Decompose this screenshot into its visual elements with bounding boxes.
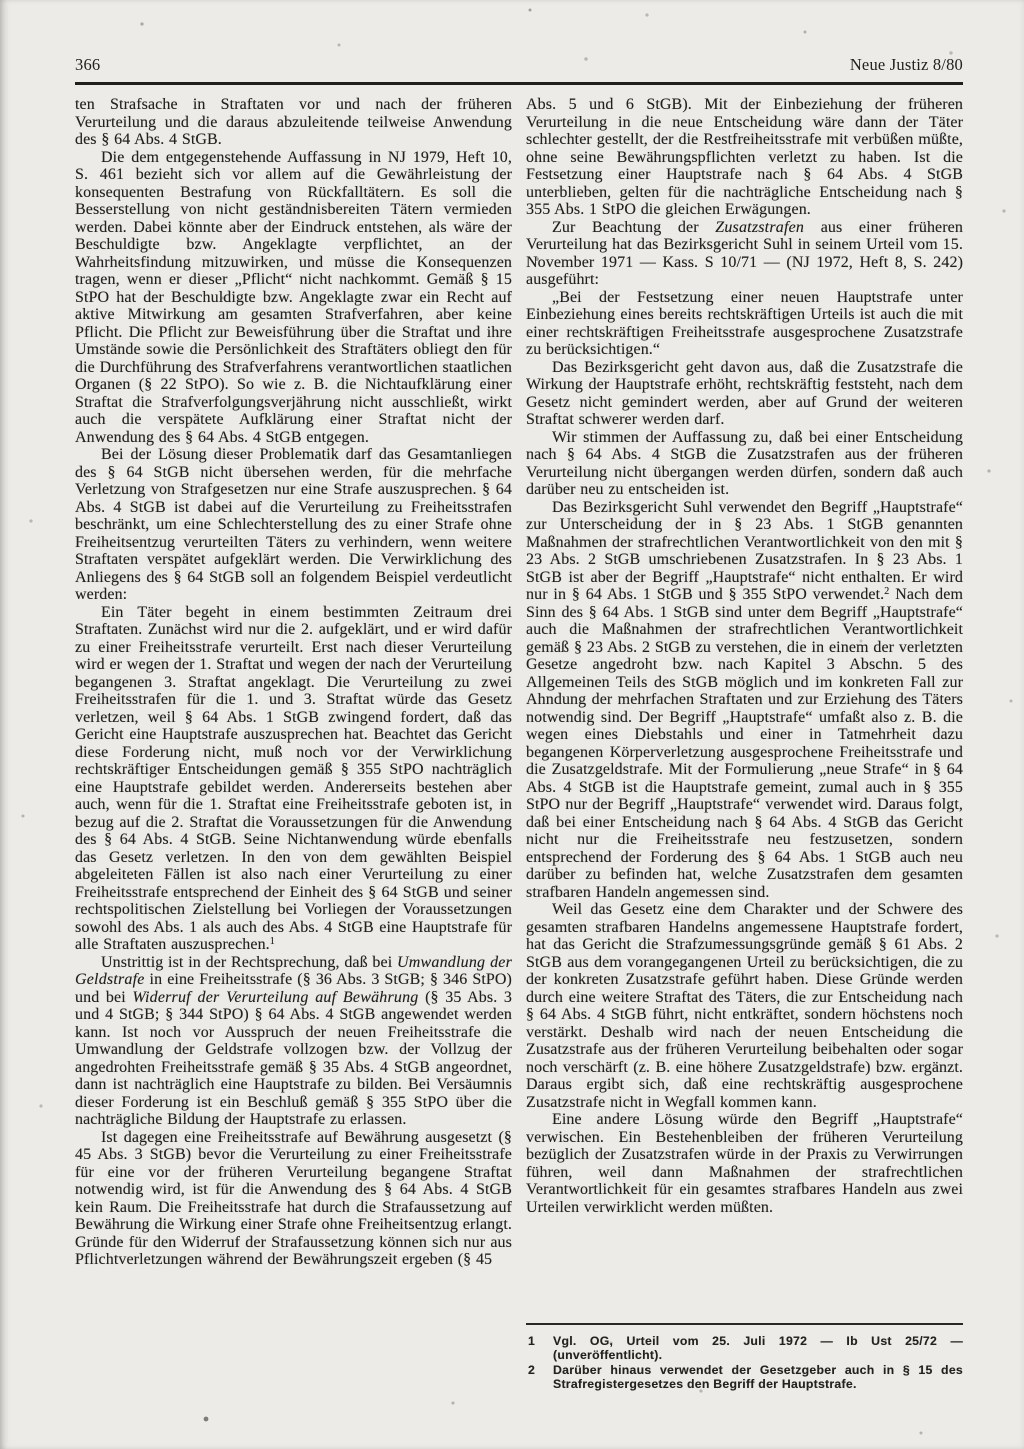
paragraph: „Bei der Festsetzung einer neuen Hauptst… — [526, 289, 963, 359]
footnote-text: Darüber hinaus verwendet der Gesetzgeber… — [553, 1363, 963, 1392]
paragraph: Die dem entgegenstehende Auffassung in N… — [75, 149, 512, 447]
text-run: Weil das Gesetz eine dem Charakter und d… — [526, 901, 963, 1111]
page-content: 366 Neue Justiz 8/80 ten Strafsache in S… — [75, 0, 963, 1392]
journal-page: 366 Neue Justiz 8/80 ten Strafsache in S… — [0, 0, 1024, 1449]
scan-speckles — [0, 0, 2, 2]
paragraph: Das Bezirksgericht geht davon aus, daß d… — [526, 359, 963, 429]
text-run: Nach dem Sinn des § 64 Abs. 1 StGB sind … — [526, 586, 963, 901]
text-run: (§ 35 Abs. 3 und 4 StGB; § 344 StPO) § 6… — [75, 989, 512, 1129]
page-number: 366 — [75, 55, 100, 75]
paragraph: Das Bezirksgericht Suhl verwendet den Be… — [526, 499, 963, 902]
text-run: „Bei der Festsetzung einer neuen Hauptst… — [526, 289, 963, 359]
italic-text-run: Widerruf der Verurteilung auf Bewährung — [132, 989, 418, 1006]
text-run: ten Strafsache in Straftaten vor und nac… — [75, 96, 512, 148]
footnote-rule — [526, 1323, 963, 1325]
text-run: Ist dagegen eine Freiheitsstrafe auf Bew… — [75, 1129, 512, 1269]
paragraph: Eine andere Lösung würde den Begriff „Ha… — [526, 1111, 963, 1216]
italic-text-run: Zusatzstrafen — [715, 219, 804, 236]
text-run: Wir stimmen der Auffassung zu, daß bei e… — [526, 429, 963, 499]
paragraph: ten Strafsache in Straftaten vor und nac… — [75, 96, 512, 149]
header-rule — [75, 82, 963, 85]
footnote-item: 1Vgl. OG, Urteil vom 25. Juli 1972 — Ib … — [526, 1334, 963, 1363]
text-run: Unstrittig ist in der Rechtsprechung, da… — [101, 954, 397, 971]
journal-title: Neue Justiz 8/80 — [850, 55, 963, 75]
right-column: Abs. 5 und 6 StGB). Mit der Einbeziehung… — [526, 96, 963, 1392]
footnote-text: Vgl. OG, Urteil vom 25. Juli 1972 — Ib U… — [553, 1334, 963, 1363]
footnote-ref: 1 — [270, 936, 275, 947]
footnote-number: 2 — [528, 1363, 535, 1378]
text-run: Ein Täter begeht in einem bestimmten Zei… — [75, 604, 512, 954]
text-columns: ten Strafsache in Straftaten vor und nac… — [75, 96, 963, 1392]
footnote-list: 1Vgl. OG, Urteil vom 25. Juli 1972 — Ib … — [526, 1334, 963, 1392]
paragraph: Abs. 5 und 6 StGB). Mit der Einbeziehung… — [526, 96, 963, 219]
footnote-block: 1Vgl. OG, Urteil vom 25. Juli 1972 — Ib … — [526, 1323, 963, 1392]
paragraph: Wir stimmen der Auffassung zu, daß bei e… — [526, 429, 963, 499]
text-run: Eine andere Lösung würde den Begriff „Ha… — [526, 1111, 963, 1216]
paragraph: Unstrittig ist in der Rechtsprechung, da… — [75, 954, 512, 1129]
paragraph: Weil das Gesetz eine dem Charakter und d… — [526, 901, 963, 1111]
text-run: Das Bezirksgericht geht davon aus, daß d… — [526, 359, 963, 429]
right-column-text: Abs. 5 und 6 StGB). Mit der Einbeziehung… — [526, 96, 963, 1216]
paragraph: Bei der Lösung dieser Problematik darf d… — [75, 446, 512, 604]
text-run: Abs. 5 und 6 StGB). Mit der Einbeziehung… — [526, 96, 963, 218]
text-run: Die dem entgegenstehende Auffassung in N… — [75, 149, 512, 446]
footnote-item: 2Darüber hinaus verwendet der Gesetzgebe… — [526, 1363, 963, 1392]
left-column: ten Strafsache in Straftaten vor und nac… — [75, 96, 512, 1392]
paragraph: Zur Beachtung der Zusatzstrafen aus eine… — [526, 219, 963, 289]
footnote-number: 1 — [528, 1334, 535, 1349]
text-run: Bei der Lösung dieser Problematik darf d… — [75, 446, 512, 603]
paragraph: Ist dagegen eine Freiheitsstrafe auf Bew… — [75, 1129, 512, 1269]
paragraph: Ein Täter begeht in einem bestimmten Zei… — [75, 604, 512, 954]
page-header: 366 Neue Justiz 8/80 — [75, 0, 963, 75]
text-run: Zur Beachtung der — [552, 219, 715, 236]
